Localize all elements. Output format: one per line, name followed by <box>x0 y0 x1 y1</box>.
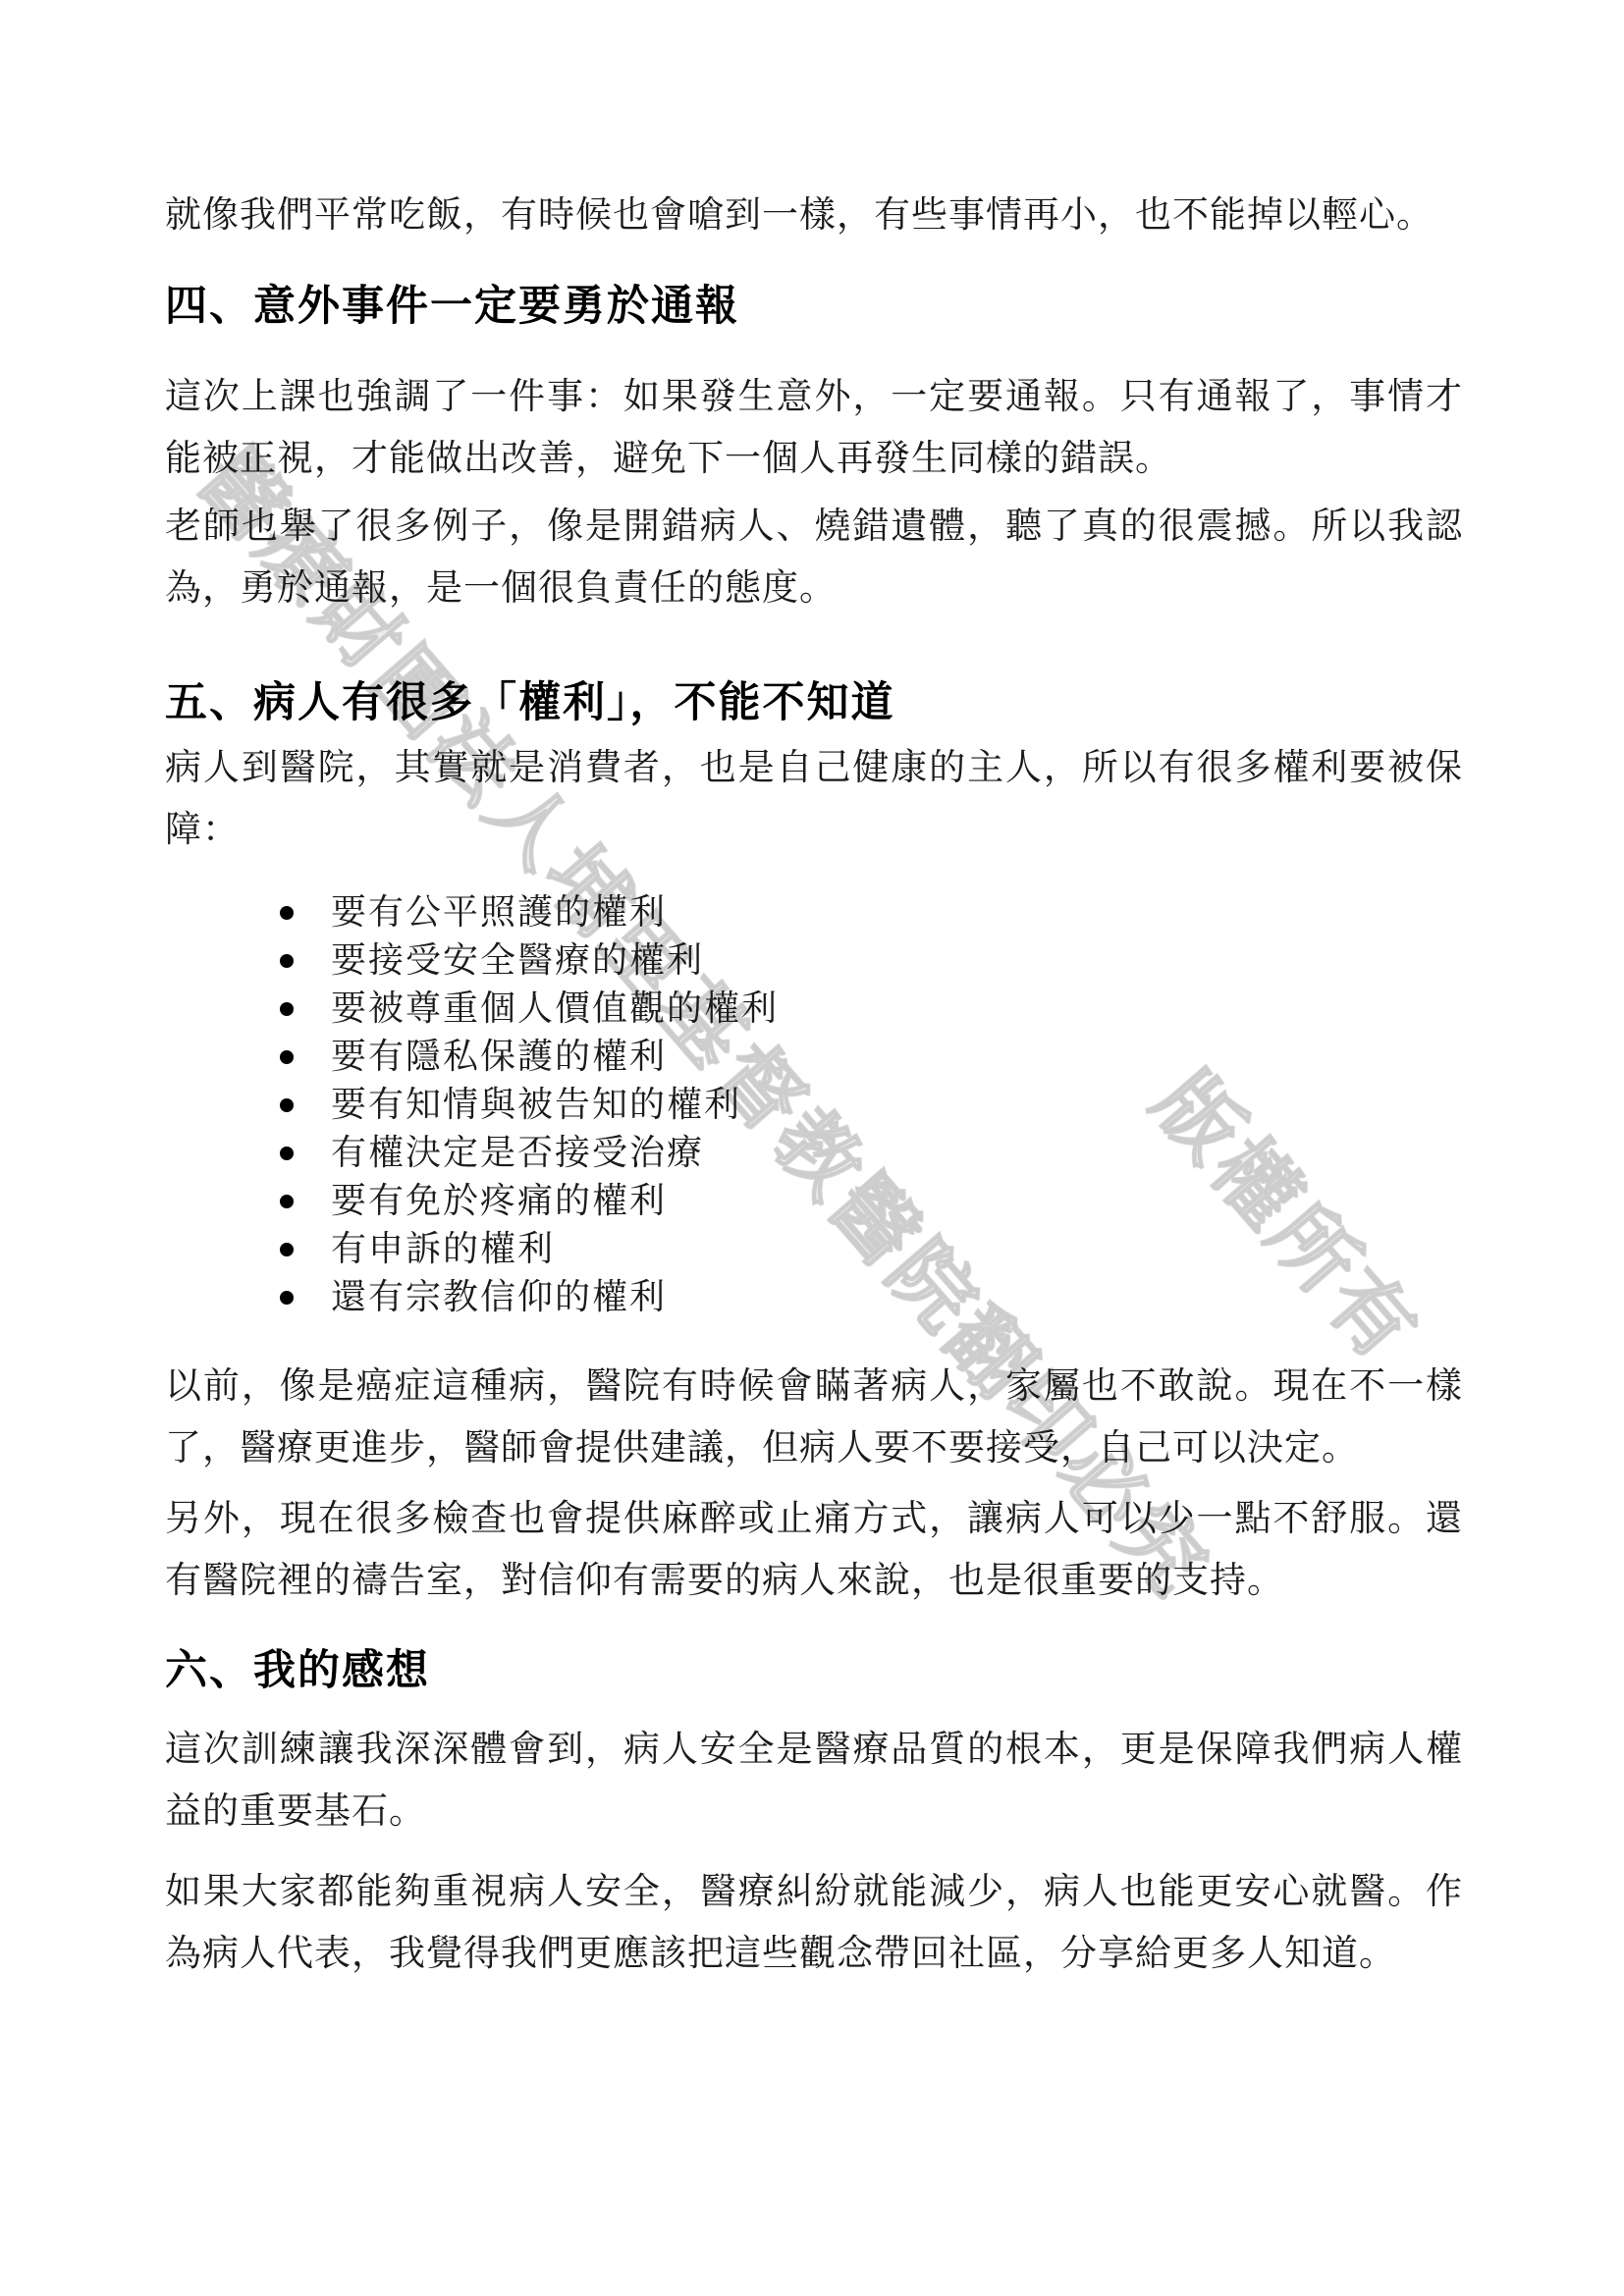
list-item: 要有公平照護的權利 <box>165 888 1463 936</box>
section4-paragraph-1: 這次上課也強調了一件事：如果發生意外，一定要通報。只有通報了，事情才能被正視，才… <box>165 365 1463 489</box>
section5-paragraph-3: 另外，現在很多檢查也會提供麻醉或止痛方式，讓病人可以少一點不舒服。還有醫院裡的禱… <box>165 1487 1463 1611</box>
document-content: 就像我們平常吃飯，有時候也會嗆到一樣，有些事情再小，也不能掉以輕心。 四、意外事… <box>0 0 1624 1984</box>
list-item: 要接受安全醫療的權利 <box>165 936 1463 985</box>
section-heading-6: 六、我的感想 <box>165 1644 1463 1697</box>
section6-paragraph-1: 這次訓練讓我深深體會到，病人安全是醫療品質的根本，更是保障我們病人權益的重要基石… <box>165 1718 1463 1842</box>
section-heading-4: 四、意外事件一定要勇於通報 <box>165 280 1463 333</box>
list-item: 要有隱私保護的權利 <box>165 1033 1463 1081</box>
section6-paragraph-2: 如果大家都能夠重視病人安全，醫療糾紛就能減少，病人也能更安心就醫。作為病人代表，… <box>165 1860 1463 1984</box>
document-page: 醫療財團法人埔里基督教醫院翻印必究 版權所有 就像我們平常吃飯，有時候也會嗆到一… <box>0 0 1624 2296</box>
list-item: 要有免於疼痛的權利 <box>165 1177 1463 1225</box>
patient-rights-list: 要有公平照護的權利 要接受安全醫療的權利 要被尊重個人價值觀的權利 要有隱私保護… <box>165 888 1463 1321</box>
lead-paragraph: 就像我們平常吃飯，有時候也會嗆到一樣，有些事情再小，也不能掉以輕心。 <box>165 184 1463 245</box>
list-item: 要有知情與被告知的權利 <box>165 1081 1463 1129</box>
section-heading-5: 五、病人有很多「權利」，不能不知道 <box>165 676 1463 729</box>
section4-paragraph-2: 老師也舉了很多例子，像是開錯病人、燒錯遺體，聽了真的很震撼。所以我認為，勇於通報… <box>165 495 1463 618</box>
list-item: 有申訴的權利 <box>165 1225 1463 1273</box>
list-item: 有權決定是否接受治療 <box>165 1129 1463 1177</box>
section5-paragraph-1: 病人到醫院，其實就是消費者，也是自己健康的主人，所以有很多權利要被保障： <box>165 736 1463 860</box>
list-item: 要被尊重個人價值觀的權利 <box>165 985 1463 1033</box>
list-item: 還有宗教信仰的權利 <box>165 1273 1463 1321</box>
section5-paragraph-2: 以前，像是癌症這種病，醫院有時候會瞞著病人，家屬也不敢說。現在不一樣了，醫療更進… <box>165 1355 1463 1478</box>
